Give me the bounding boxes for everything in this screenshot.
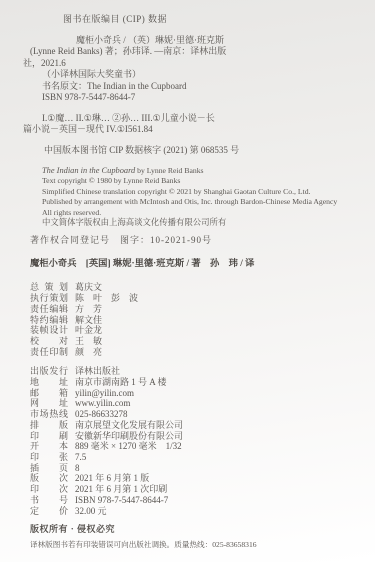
credit-row-label: 执行策划: [30, 293, 68, 304]
credit-row-label: 总策划: [30, 282, 68, 293]
publishing-row-value: www.yilin.com: [75, 398, 130, 409]
credit-row-label: 装帧设计: [30, 325, 68, 336]
publishing-row-value: 译林出版社: [75, 366, 120, 377]
publishing-row: 排版南京展望文化发展有限公司: [30, 420, 361, 431]
copyright-title-line: The Indian in the Cupboard by Lynne Reid…: [42, 166, 361, 176]
publishing-row: 开本889 毫米 × 1270 毫米 1/32: [30, 441, 361, 452]
credit-row-value: 陈 叶 彭 波: [75, 293, 138, 304]
all-rights-reserved-line: All rights reserved.: [42, 208, 361, 218]
publishing-row-value: ISBN 978-7-5447-8644-7: [75, 495, 168, 506]
publishing-row-label: 插页: [30, 463, 68, 474]
credit-row-value: 解文佳: [75, 315, 102, 326]
publishing-row-label: 排版: [30, 420, 68, 431]
original-title-italic: The Indian in the Cupboard: [42, 166, 135, 175]
publishing-row-label: 网址: [30, 398, 68, 409]
credit-row-label: 责任编辑: [30, 304, 68, 315]
publishing-row-label: 印张: [30, 452, 68, 463]
book-title-line: 魔柜小奇兵 [英国] 琳妮·里德·班克斯 / 著 孙 玮 / 译: [30, 259, 361, 271]
cip-header: 图书在版编目 (CIP) 数据: [63, 14, 361, 26]
credit-row: 特约编辑解文佳: [30, 315, 361, 326]
publishing-row: 网址www.yilin.com: [30, 398, 361, 409]
chinese-rights-line: 中文简体字版权由上海高谈文化传播有限公司所有: [42, 218, 361, 228]
copyright-page: 图书在版编目 (CIP) 数据 魔柜小奇兵 / （英）琳妮·里德·班克斯 (Ly…: [0, 0, 375, 562]
credit-row: 责任印制颜 亮: [30, 347, 361, 358]
quality-hotline-line: 译林版图书若有印装错误可向出版社调换。质量热线：025-83658316: [30, 540, 361, 550]
cip-entry-isbn-line: ISBN 978-7-5447-8644-7: [42, 92, 361, 104]
publishing-row-value: 025-86633278: [75, 409, 128, 420]
publishing-row-value: 南京市湖南路 1 号 A 楼: [75, 377, 167, 388]
publishing-row: 地址南京市湖南路 1 号 A 楼: [30, 377, 361, 388]
cip-entry-series-line: （小译林国际大奖童书）: [42, 69, 361, 81]
publishing-row-label: 地址: [30, 377, 68, 388]
publishing-row-label: 版次: [30, 473, 68, 484]
publishing-row: 印张7.5: [30, 452, 361, 463]
cip-classification-block: I.①魔… II.①琳… ②孙… III.①儿童小说－长 篇小说－英国－现代 I…: [23, 113, 361, 136]
credit-row: 执行策划陈 叶 彭 波: [30, 293, 361, 304]
credit-row: 责任编辑方 芳: [30, 304, 361, 315]
cip-entry-publisher-line: 社，2021.6: [23, 58, 361, 70]
publishing-row: 插页8: [30, 463, 361, 474]
credits-list: 总策划葛庆文执行策划陈 叶 彭 波责任编辑方 芳特约编辑解文佳装帧设计叶金龙校对…: [30, 282, 361, 357]
cip-entry-original-title-line: 书名原文：The Indian in the Cupboard: [42, 81, 361, 93]
credit-row-value: 王 敏: [75, 336, 102, 347]
publishing-row: 版次2021 年 6 月第 1 版: [30, 473, 361, 484]
credit-row: 总策划葛庆文: [30, 282, 361, 293]
publishing-row-value: 32.00 元: [75, 506, 107, 517]
credit-row-label: 责任印制: [30, 347, 68, 358]
publishing-row: 出版发行译林出版社: [30, 366, 361, 377]
credit-row-value: 方 芳: [75, 304, 102, 315]
cip-entry-title-line: 魔柜小奇兵 / （英）琳妮·里德·班克斯: [76, 35, 361, 47]
publishing-row-label: 市场热线: [30, 409, 68, 420]
publishing-info-list: 出版发行译林出版社地址南京市湖南路 1 号 A 楼邮箱yilin@yilin.c…: [30, 366, 361, 516]
credit-row: 装帧设计叶金龙: [30, 325, 361, 336]
classification-line-2: 篇小说－英国－现代 IV.①I561.84: [23, 124, 361, 136]
classification-line-1: I.①魔… II.①琳… ②孙… III.①儿童小说－长: [42, 113, 361, 125]
publishing-row: 定价32.00 元: [30, 506, 361, 517]
publishing-row-label: 邮箱: [30, 388, 68, 399]
publishing-row-value: 安徽新华印刷股份有限公司: [75, 431, 183, 442]
publishing-row-label: 书号: [30, 495, 68, 506]
rights-reserved-line: 版权所有 · 侵权必究: [30, 524, 361, 536]
arrangement-line: Published by arrangement with McIntosh a…: [42, 197, 361, 207]
publishing-row-value: yilin@yilin.com: [75, 388, 134, 399]
copyright-registration-number: 著作权合同登记号 图字：10-2021-90号: [30, 235, 361, 247]
credit-row: 校对王 敏: [30, 336, 361, 347]
publishing-row-value: 2021 年 6 月第 1 版: [75, 473, 149, 484]
publishing-row-label: 印次: [30, 484, 68, 495]
text-copyright-line: Text copyright © 1980 by Lynne Reid Bank…: [42, 176, 361, 186]
publishing-row-label: 开本: [30, 441, 68, 452]
credit-row-label: 特约编辑: [30, 315, 68, 326]
publishing-row: 书号ISBN 978-7-5447-8644-7: [30, 495, 361, 506]
publishing-row: 邮箱yilin@yilin.com: [30, 388, 361, 399]
credit-row-value: 叶金龙: [75, 325, 102, 336]
publishing-row-value: 南京展望文化发展有限公司: [75, 420, 183, 431]
cip-entry-block: 魔柜小奇兵 / （英）琳妮·里德·班克斯 (Lynne Reid Banks) …: [23, 35, 361, 104]
publishing-row-value: 7.5: [75, 452, 86, 463]
publishing-row: 印次2021 年 6 月第 1 次印刷: [30, 484, 361, 495]
credit-row-value: 颜 亮: [75, 347, 102, 358]
original-title-byline: by Lynne Reid Banks: [135, 166, 203, 175]
publishing-row-value: 889 毫米 × 1270 毫米 1/32: [75, 441, 182, 452]
copyright-notice-block: The Indian in the Cupboard by Lynne Reid…: [42, 166, 361, 228]
credit-row-value: 葛庆文: [75, 282, 102, 293]
publishing-row-label: 定价: [30, 506, 68, 517]
cip-record-number: 中国版本图书馆 CIP 数据核字 (2021) 第 068535 号: [44, 145, 361, 157]
publishing-row-value: 2021 年 6 月第 1 次印刷: [75, 484, 167, 495]
publishing-row-label: 印刷: [30, 431, 68, 442]
credit-row-label: 校对: [30, 336, 68, 347]
publishing-row: 市场热线025-86633278: [30, 409, 361, 420]
cip-entry-author-line: (Lynne Reid Banks) 著；孙玮译. —南京：译林出版: [30, 46, 361, 58]
translation-copyright-line: Simplified Chinese translation copyright…: [42, 187, 361, 197]
publishing-row-label: 出版发行: [30, 366, 68, 377]
publishing-row-value: 8: [75, 463, 80, 474]
publishing-row: 印刷安徽新华印刷股份有限公司: [30, 431, 361, 442]
